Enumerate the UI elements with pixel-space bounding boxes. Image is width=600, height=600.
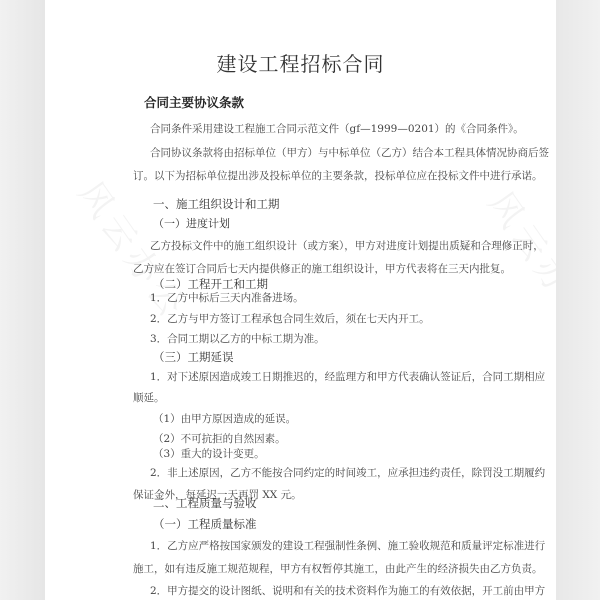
body-line: （一）进度计划 — [153, 215, 230, 231]
body-line: 1．乙方中标后三天内准备进场。 — [150, 290, 304, 305]
left-margin — [0, 0, 45, 600]
body-line: 顺延。 — [133, 390, 165, 405]
section-subtitle: 合同主要协议条款 — [144, 93, 244, 111]
body-line: 1．乙方应严格按国家颁发的建设工程强制性条例、施工验收规范和质量评定标准进行 — [150, 538, 545, 553]
body-line: （2）不可抗拒的自然因素。 — [153, 431, 286, 446]
body-line: 合同条件采用建设工程施工合同示范文件（gf—1999—0201）的《合同条件》。 — [150, 121, 524, 136]
body-line: 二、工程质量与验收 — [153, 495, 257, 511]
body-line: （3）重大的设计变更。 — [153, 446, 265, 461]
body-line: 施工，如有违反施工规范规程，甲方有权暂停其施工，由此产生的经济损失由乙方负责。 — [133, 561, 543, 576]
watermark: 风云办公 — [479, 180, 556, 339]
document-page: 风云办公 风云办公 建设工程招标合同 合同主要协议条款 合同条件采用建设工程施工… — [45, 0, 556, 600]
body-line: 乙方应在签订合同后七天内提供修正的施工组织设计，甲方代表将在三天内批复。 — [133, 261, 511, 276]
body-line: 乙方投标文件中的施工组织设计（或方案），甲方对进度计划提出质疑和合理修正时， — [150, 238, 544, 253]
document-title: 建设工程招标合同 — [45, 48, 556, 77]
right-margin — [556, 0, 600, 600]
body-line: 一、施工组织设计和工期 — [153, 196, 280, 212]
body-line: 1．对下述原因造成竣工日期推迟的，经监理方和甲方代表确认签证后，合同工期相应 — [150, 369, 545, 384]
body-line: 3．合同工期以乙方的中标工期为准。 — [150, 331, 325, 346]
body-line: （一）工程质量标准 — [153, 516, 257, 532]
body-line: 订。以下为招标单位提出涉及投标单位的主要条款，投标单位应在投标文件中进行承诺。 — [133, 168, 543, 183]
body-line: 2．甲方提交的设计图纸、说明和有关的技术资料作为施工的有效依据，开工前由甲方 — [150, 583, 545, 598]
body-line: 2．乙方与甲方签订工程承包合同生效后，须在七天内开工。 — [150, 311, 430, 326]
body-line: 2．非上述原因，乙方不能按合同约定的时间竣工，应承担违约责任，除罚没工期履约 — [150, 465, 545, 480]
body-line: （三）工期延误 — [153, 349, 234, 365]
body-line: 合同协议条款将由招标单位（甲方）与中标单位（乙方）结合本工程具体情况协商后签 — [150, 145, 549, 160]
body-line: （1）由甲方原因造成的延误。 — [153, 411, 296, 426]
